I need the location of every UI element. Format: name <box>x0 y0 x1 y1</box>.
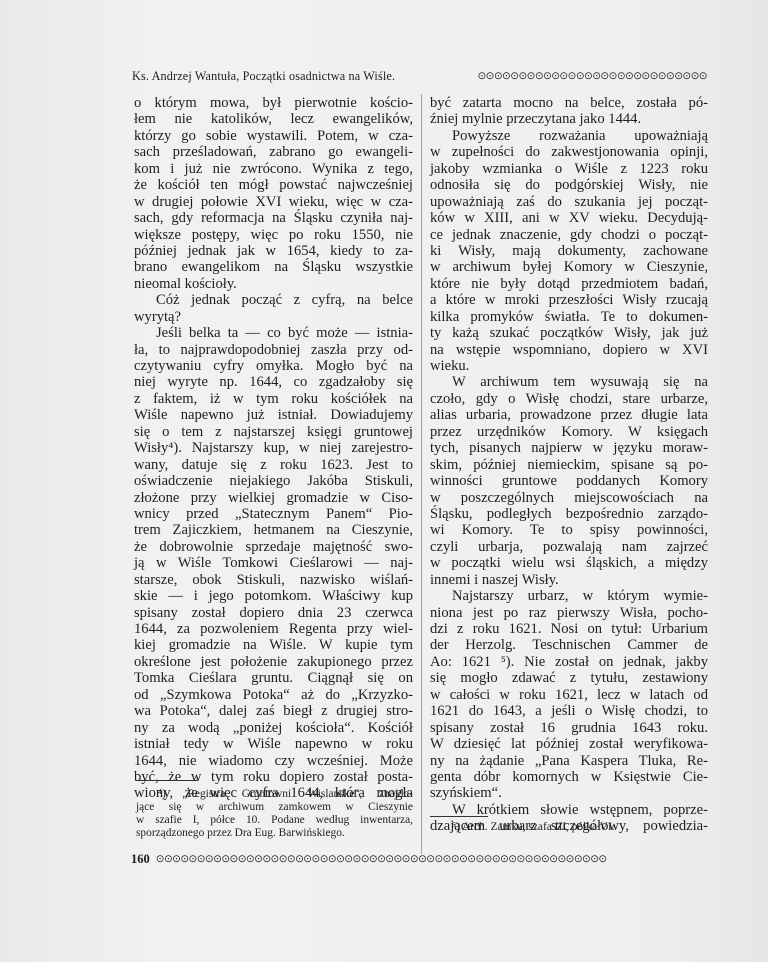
text-line: w drugiej połowie XVI wieku, więc w cza- <box>134 194 413 210</box>
text-line: oświadczenie niejakiego Jakóba Stiskuli, <box>134 473 413 489</box>
text-line: Śląsku, podległych bezpośrednio zarządo- <box>430 506 708 522</box>
text-line: Jeśli belka ta — co być może — istnia- <box>134 325 413 341</box>
text-line: później jednak jak w 1654, kiedy to za- <box>134 243 413 259</box>
text-line: czyli urbarja, pozwalają nam zajrzeć <box>430 539 708 555</box>
text-line: spisany został 16 grudnia 1643 roku. <box>430 720 708 736</box>
text-line: w początki wielu wsi śląskich, a między <box>430 555 708 571</box>
text-line: upoważniają zaś do szukania jej począt- <box>430 194 708 210</box>
left-text-column: o którym mowa, był pierwotnie kościo-łem… <box>134 95 413 802</box>
text-line: kom i już nie zwrócono. Wynika z tego, <box>134 161 413 177</box>
text-line: kiej gromadzie na Wiśle. W kupie tym <box>134 637 413 653</box>
footnote-separator-right <box>430 816 488 817</box>
running-head: Ks. Andrzej Wantuła, Początki osadnictwa… <box>132 68 707 84</box>
text-line: kilka promyków światła. Te to dokumen- <box>430 309 708 325</box>
ornament-border-icon: ⊙⊙⊙⊙⊙⊙⊙⊙⊙⊙⊙⊙⊙⊙⊙⊙⊙⊙⊙⊙⊙⊙⊙⊙⊙⊙⊙⊙⊙⊙⊙⊙⊙⊙⊙⊙⊙⊙⊙⊙… <box>156 853 709 865</box>
text-line: sach prześladowań, zabrano go ewangeli- <box>134 144 413 160</box>
text-line: ny na żądanie „Pana Kaspera Tluka, Re- <box>430 753 708 769</box>
text-line: genta dóbr komornych w Księstwie Cie- <box>430 769 708 785</box>
text-line: w całości w roku 1621, lecz w latach od <box>430 687 708 703</box>
text-line: nieomal kościoły. <box>134 276 413 292</box>
text-line: istniał tedy w Wiśle napewno w roku <box>134 736 413 752</box>
text-line: niona jest po raz pierwszy Wisła, pocho- <box>430 605 708 621</box>
footnote-left: ⁴) „Registra Gruntowni Wislanske“, znajd… <box>136 788 413 840</box>
text-line: ją w Wiśle Tomkowi Cieślarowi — naj- <box>134 555 413 571</box>
text-line: że kościół ten mógł powstać najwcześniej <box>134 177 413 193</box>
text-line: wnicy przed „Statecznym Panem“ Pio- <box>134 506 413 522</box>
column-divider <box>421 94 422 854</box>
text-line: Powyższe rozważania upoważniają <box>430 128 708 144</box>
running-head-title: Ks. Andrzej Wantuła, Początki osadnictwa… <box>132 69 395 84</box>
text-line: W dziesięć lat później został weryfikowa… <box>430 736 708 752</box>
text-line: winności gruntowe poddanych Komory <box>430 473 708 489</box>
text-line: o którym mowa, był pierwotnie kościo- <box>134 95 413 111</box>
text-line: że dobrowolnie sprzedaje majętność swo- <box>134 539 413 555</box>
text-line: starsze, obok Stiskuli, nazwisko wiślań- <box>134 572 413 588</box>
footnote-line: ⁵) Arch. Zamku, szafa III, półka VI. <box>430 821 708 834</box>
text-line: Tomka Cieślara gruntu. Ciągnął się on <box>134 670 413 686</box>
text-line: w archiwum byłej Komory w Cieszynie, <box>430 259 708 275</box>
text-line: źniej mylnie przeczytana jako 1444. <box>430 111 708 127</box>
text-line: ty każą szukać początków Wisły, jak już <box>430 325 708 341</box>
text-line: dzi z roku 1621. Nosi on tytuł: Urbarium <box>430 621 708 637</box>
text-line: być zatarta mocno na belce, została pó- <box>430 95 708 111</box>
footnote-line: jące się w archiwum zamkowem w Cieszynie <box>136 801 413 814</box>
text-line: łem nie katolików, lecz ewangelików, <box>134 111 413 127</box>
text-line: ny za wodą „poniżej kościoła“. Kościół <box>134 720 413 736</box>
text-line: tych, pisanych najpierw w języku moraw- <box>430 440 708 456</box>
text-line: być, że w tym roku dopiero został posta- <box>134 769 413 785</box>
text-line: przez urzędników Komory. W księgach <box>430 424 708 440</box>
text-line: jakoby wzmianka o Wiśle z 1223 roku <box>430 161 708 177</box>
text-line: 1644, za pozwoleniem Regenta przy wiel- <box>134 621 413 637</box>
text-line: wyrytą? <box>134 309 413 325</box>
text-line: Ao: 1621 ⁵). Nie został on jednak, jakby <box>430 654 708 670</box>
text-line: się o tem z najstarszej księgi gruntowej <box>134 424 413 440</box>
text-line: Wiśle napewno już istniał. Dowiadujemy <box>134 407 413 423</box>
ornament-border-icon: ⊙⊙⊙⊙⊙⊙⊙⊙⊙⊙⊙⊙⊙⊙⊙⊙⊙⊙⊙⊙⊙⊙⊙⊙⊙⊙⊙⊙ <box>403 70 707 82</box>
text-line: alias urbaria, prowadzone przez długie l… <box>430 407 708 423</box>
text-line: brano ewangelikom na Śląsku wszystkie <box>134 259 413 275</box>
text-line: w zupełności do zakwestjonowania opinji, <box>430 144 708 160</box>
text-line: czoło, gdy o Wisłę chodzi, stare urbarze… <box>430 391 708 407</box>
text-line: skie — i jego potomkom. Właściwy kup <box>134 588 413 604</box>
text-line: szyńskiem“. <box>430 785 708 801</box>
text-line: wa Potoka“, dalej zaś biegł z drugiej st… <box>134 703 413 719</box>
page-footer: 160 ⊙⊙⊙⊙⊙⊙⊙⊙⊙⊙⊙⊙⊙⊙⊙⊙⊙⊙⊙⊙⊙⊙⊙⊙⊙⊙⊙⊙⊙⊙⊙⊙⊙⊙⊙⊙… <box>131 851 709 867</box>
text-line: się mogło zdawać z tytułu, zestawiony <box>430 670 708 686</box>
text-line: trem Zajiczkiem, hetmanem na Cieszynie, <box>134 522 413 538</box>
text-line: innemi i naszej Wisły. <box>430 572 708 588</box>
text-line: złożone przy wielkiej gromadzie w Ciso- <box>134 490 413 506</box>
text-line: a które w mroki przeszłości Wisły rzucaj… <box>430 292 708 308</box>
text-line: odnosiła się do podgórskiej Wisły, nie <box>430 177 708 193</box>
text-line: der Herzolg. Teschnischen Cammer de <box>430 637 708 653</box>
text-line: w poszczególnych miejscowościach na <box>430 490 708 506</box>
footnote-line: ⁴) „Registra Gruntowni Wislanske“, znajd… <box>136 788 413 801</box>
text-line: którzy go sobie wystawili. Potem, w cza- <box>134 128 413 144</box>
text-line: Wisły⁴). Najstarszy kup, w niej zarejest… <box>134 440 413 456</box>
text-line: W archiwum tem wysuwają się na <box>430 374 708 390</box>
text-line: na wstępie wspomniano, dopiero w XVI <box>430 342 708 358</box>
scanned-book-page: Ks. Andrzej Wantuła, Początki osadnictwa… <box>0 0 768 962</box>
text-line: Najstarszy urbarz, w którym wymie- <box>430 588 708 604</box>
text-line: określone jest położenie zakupionego prz… <box>134 654 413 670</box>
text-line: wany, datuje się z roku 1623. Jest to <box>134 457 413 473</box>
right-text-column: być zatarta mocno na belce, została pó-ź… <box>430 95 708 835</box>
text-line: ków w XIII, ani w XV wieku. Decydują- <box>430 210 708 226</box>
page-number: 160 <box>131 852 150 867</box>
text-line: sach, gdy reformacja na Śląsku czyniła n… <box>134 210 413 226</box>
footnote-line: sporządzonego przez Dra Eug. Barwińskieg… <box>136 827 413 840</box>
text-line: ła, to najprawdopodobniej zaszła przy od… <box>134 342 413 358</box>
footnote-right: ⁵) Arch. Zamku, szafa III, półka VI. <box>430 821 708 834</box>
text-line: spisany został dopiero dnia 23 czerwca <box>134 605 413 621</box>
text-line: które nie były dotąd przedmiotem badań, <box>430 276 708 292</box>
text-line: ce jednak znaczenie, gdy chodzi o począt… <box>430 227 708 243</box>
text-line: skim, później niemieckim, spisane są po- <box>430 457 708 473</box>
text-line: z faktem, iż w tym roku kościółek na <box>134 391 413 407</box>
text-line: 1644, nie wiadomo czy wcześniej. Może <box>134 753 413 769</box>
footnote-separator-left <box>136 780 198 781</box>
text-line: wieku. <box>430 358 708 374</box>
text-line: Cóż jednak począć z cyfrą, na belce <box>134 292 413 308</box>
text-line: ki Wisły, mają dokumenty, zachowane <box>430 243 708 259</box>
footnote-line: w szafie I, półce 10. Podane według inwe… <box>136 814 413 827</box>
text-line: 1621 do 1643, a jeśli o Wisłę chodzi, to <box>430 703 708 719</box>
text-line: niej wyryte np. 1644, co zgadzałoby się <box>134 374 413 390</box>
text-line: większe postępy, więc po roku 1550, nie <box>134 227 413 243</box>
text-line: od „Szymkowa Potoka“ aż do „Krzyzko- <box>134 687 413 703</box>
text-line: wi Komory. Te to spisy powinności, <box>430 522 708 538</box>
text-line: czytywaniu cyfry omyłka. Mogło być na <box>134 358 413 374</box>
